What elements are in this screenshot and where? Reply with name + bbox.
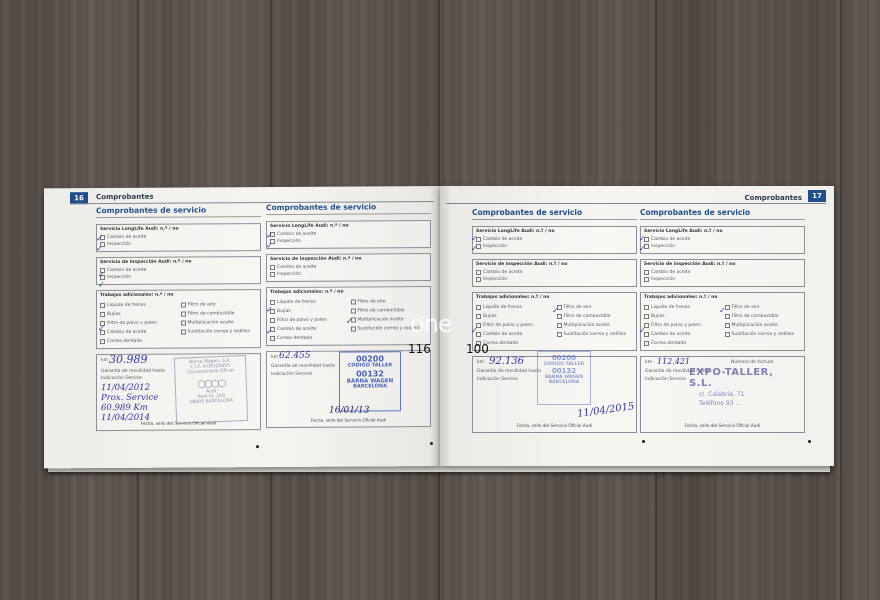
service-record-column: Comprobantes de servicio Servicio LongLi…	[472, 208, 637, 433]
checkmark-icon: ✓	[266, 241, 273, 250]
option-label: Correa dentada	[107, 339, 142, 344]
box-title: Servicio LongLife Audi: n.º / no	[644, 229, 801, 234]
longlife-box: Servicio LongLife Audi: n.º / no Cambio …	[640, 226, 805, 254]
option-row: Líquido de frenos	[476, 305, 553, 310]
checkmark-icon: ✓	[266, 231, 273, 240]
invoice-number-label: Número de factura	[731, 360, 773, 365]
stamp-line: BARCELONA	[340, 385, 400, 391]
option-label: Bujías	[107, 312, 121, 317]
option-row: Cambio de aceite	[270, 327, 347, 332]
page-number: 17	[808, 190, 826, 202]
option-row: Inspección	[270, 238, 427, 244]
checkbox[interactable]	[100, 339, 105, 344]
checkbox[interactable]	[557, 332, 562, 337]
option-label: Cambio de aceite	[651, 270, 690, 275]
checkbox[interactable]	[270, 272, 275, 277]
option-row: Cambio de aceite	[476, 270, 633, 275]
option-label: Filtro de combustible	[358, 308, 405, 313]
option-label: Filtro de aire	[732, 305, 760, 310]
stamp-line: c/. Calabria, 71	[699, 391, 799, 398]
service-indicator-label: Indicación Service	[477, 377, 518, 382]
option-label: Sustitución correa y rodillos	[732, 332, 794, 337]
option-label: Filtro de aire	[564, 305, 592, 310]
longlife-box: Servicio LongLife Audi: n.º / no Cambio …	[472, 226, 637, 254]
option-row: Bujías	[476, 314, 553, 319]
signature-box: km 30.989 Garantía de movilidad hasta In…	[96, 353, 261, 431]
checkmark-icon: ✓	[471, 244, 478, 253]
option-row: Líquido de frenos	[100, 303, 177, 308]
option-label: Filtro de aire	[358, 299, 386, 304]
handwritten-km: 112.421	[657, 357, 690, 366]
option-label: Inspección	[651, 277, 675, 282]
option-label: Filtro de polvo y polen	[483, 323, 533, 328]
stamp-line: 00132	[340, 369, 400, 379]
option-label: Cambio de aceite	[483, 332, 522, 337]
option-row: Multiplicación aceite	[557, 323, 634, 328]
option-row: Inspección	[100, 241, 257, 247]
box-title: Servicio LongLife Audi: n.º / no	[476, 229, 633, 234]
page-dot	[430, 442, 433, 445]
checkbox[interactable]	[351, 327, 356, 332]
option-row: Filtro de polvo y polen	[476, 323, 553, 328]
option-label: Líquido de frenos	[277, 300, 316, 305]
checkmark-icon: ✓	[471, 234, 478, 243]
option-row: Inspección	[100, 274, 257, 280]
handwritten-date: 11/04/2012	[101, 383, 150, 393]
checkmark-icon: ✓	[471, 326, 478, 335]
option-row: Correa dentada	[270, 336, 347, 341]
option-label: Multiplicación aceite	[564, 323, 610, 328]
stamp-line: 00200	[538, 354, 590, 362]
option-label: Bujías	[277, 309, 291, 314]
box-title: Trabajos adicionales: n.º / no	[100, 292, 257, 298]
option-label: Filtro de polvo y polen	[107, 321, 157, 326]
service-record-column: Comprobantes de servicio Servicio LongLi…	[96, 205, 261, 431]
checkbox[interactable]	[644, 341, 649, 346]
option-row: Filtro de aire	[181, 302, 258, 307]
option-label: Filtro de combustible	[188, 311, 235, 316]
option-row: Sustitución correa y rodillos	[557, 332, 634, 337]
box-title: Servicio de inspección Audi: n.º / no	[476, 262, 633, 267]
option-row: Filtro de polvo y polen	[644, 323, 721, 328]
additional-work-box: Trabajos adicionales: n.º / no Líquido d…	[472, 292, 637, 351]
option-row: Filtro de aire	[725, 305, 802, 310]
signature-footer: Fecha, sello del Servicio Oficial Audi	[641, 423, 804, 428]
option-label: Cambio de aceite	[483, 237, 522, 242]
option-label: Filtro de polvo y polen	[651, 323, 701, 328]
option-label: Cambio de aceite	[277, 327, 316, 332]
option-row: Cambio de aceite	[476, 332, 553, 337]
checkbox[interactable]	[351, 300, 356, 305]
left-page: 16 Comprobantes Comprobantes de servicio…	[44, 186, 440, 468]
column-title: Comprobantes de servicio	[472, 208, 637, 220]
additional-work-box: Trabajos adicionales: n.º / no Líquido d…	[640, 292, 805, 351]
option-row: Filtro de polvo y polen	[100, 321, 177, 326]
option-row: Sustitución correa y rodillos	[181, 329, 258, 334]
checkmark-icon: ✓	[98, 270, 105, 279]
option-label: Líquido de frenos	[107, 303, 146, 308]
option-label: Sustitución correa y rodillos	[188, 329, 250, 334]
checkbox[interactable]	[100, 303, 105, 308]
page-dot	[808, 440, 811, 443]
option-row: Cambio de aceite	[270, 231, 427, 237]
option-row: Inspección	[476, 244, 633, 249]
checkmark-icon: ✓	[266, 327, 273, 336]
right-page: 17 Comprobantes Comprobantes de servicio…	[440, 186, 834, 466]
inspection-box: Servicio de inspección Audi: n.º / no Ca…	[472, 259, 637, 287]
option-label: Filtro de polvo y polen	[277, 318, 327, 323]
additional-options: Líquido de frenos Filtro de aire Bujías …	[100, 300, 257, 346]
option-label: Cambio de aceite	[107, 268, 146, 273]
checkbox[interactable]	[644, 270, 649, 275]
option-label: Cambio de aceite	[277, 265, 316, 270]
inspection-box: Servicio de inspección Audi: n.º / no Ca…	[96, 256, 261, 285]
signature-box: km 62.455 Garantía de movilidad hasta In…	[266, 350, 431, 428]
checkbox[interactable]	[476, 305, 481, 310]
longlife-box: Servicio LongLife Audi: n.º / no Cambio …	[96, 223, 261, 252]
option-row: Líquido de frenos	[270, 300, 347, 305]
option-row: Filtro de combustible	[725, 314, 802, 319]
handwritten-km: 62.455	[279, 351, 311, 361]
box-title: Servicio LongLife Audi: n.º / no	[100, 226, 257, 232]
checkbox[interactable]	[476, 277, 481, 282]
column-title: Comprobantes de servicio	[96, 205, 261, 218]
option-row: Filtro de aire	[351, 299, 428, 304]
km-label: km	[101, 358, 108, 363]
checkmark-icon: ✓	[96, 234, 103, 243]
additional-work-box: Trabajos adicionales: n.º / no Líquido d…	[96, 289, 261, 349]
overlay-number-right: 100	[466, 342, 489, 356]
handwritten-km: 30.989	[109, 353, 148, 366]
column-title: Comprobantes de servicio	[640, 208, 805, 220]
floor-seam	[840, 0, 842, 600]
box-title: Servicio de inspección Audi: n.º / no	[100, 259, 257, 265]
checkbox[interactable]	[351, 309, 356, 314]
signature-box: km 112.421 Número de factura Garantía de…	[640, 356, 805, 433]
checkbox[interactable]	[476, 314, 481, 319]
signature-box: km 92.136 Garantía de movilidad hasta In…	[472, 356, 637, 433]
mobility-label: Garantía de movilidad hasta	[101, 369, 165, 374]
option-row: Filtro de polvo y polen	[270, 318, 347, 323]
checkmark-icon: ✓	[96, 244, 103, 253]
option-row: Multiplicación aceite	[725, 323, 802, 328]
workshop-stamp: EXPO-TALLER, S.L. c/. Calabria, 71 Teléf…	[689, 367, 799, 407]
column-title: Comprobantes de servicio	[266, 202, 431, 215]
option-row: Cambio de aceite	[644, 237, 801, 242]
checkbox[interactable]	[181, 330, 186, 335]
option-label: Filtro de combustible	[732, 314, 779, 319]
option-row: Sustitución correa y rodillos	[725, 332, 802, 337]
option-row: Bujías	[644, 314, 721, 319]
stamp-line: Teléfono 93 ...	[699, 400, 799, 407]
mobility-label: Garantía de movilidad hasta	[271, 364, 335, 369]
running-head: Comprobantes	[745, 194, 803, 202]
box-title: Servicio de inspección Audi: n.º / no	[644, 262, 801, 267]
signature-footer: Fecha, sello del Servicio Oficial Audi	[267, 417, 430, 423]
option-label: Líquido de frenos	[483, 305, 522, 310]
stamp-line: Concesionario Oficial	[175, 368, 245, 376]
box-title: Trabajos adicionales: n.º / no	[476, 295, 633, 300]
checkbox[interactable]	[725, 332, 730, 337]
option-label: Filtro de combustible	[564, 314, 611, 319]
option-row: Bujías	[270, 309, 347, 314]
signature-footer: Fecha, sello del Servicio Oficial Audi	[473, 423, 636, 428]
option-label: Cambio de aceite	[651, 237, 690, 242]
checkbox[interactable]	[100, 312, 105, 317]
checkbox[interactable]	[476, 270, 481, 275]
option-label: Cambio de aceite	[107, 330, 146, 335]
option-label: Multiplicación aceite	[188, 320, 234, 325]
option-row: Multiplicación aceite	[181, 320, 258, 325]
workshop-stamp: 00200 CODIGO TALLER 00132 BARNA WAGEN BA…	[537, 351, 591, 405]
running-head: Comprobantes	[96, 193, 154, 201]
checkbox[interactable]	[557, 323, 562, 328]
overlay-number-left: 116	[408, 342, 431, 356]
handwritten-next-km: 60.989 Km	[101, 403, 148, 413]
workshop-stamp: 00200 CODIGO TALLER 00132 BARNA WAGEN BA…	[339, 351, 401, 411]
handwritten-km: 92.136	[489, 356, 524, 367]
option-label: Correa dentada	[651, 341, 686, 346]
box-title: Trabajos adicionales: n.º / no	[644, 295, 801, 300]
option-label: Inspección	[651, 244, 675, 249]
service-indicator-label: Indicación Service	[271, 372, 312, 377]
option-row: Cambio de aceite	[270, 264, 427, 270]
checkmark-icon: ✓	[719, 306, 726, 315]
checkbox[interactable]	[181, 303, 186, 308]
option-label: Filtro de aire	[188, 302, 216, 307]
option-label: Bujías	[483, 314, 497, 319]
option-label: Inspección	[277, 272, 301, 277]
option-label: Correa dentada	[277, 336, 312, 341]
checkbox[interactable]	[270, 336, 275, 341]
option-label: Multiplicación aceite	[358, 317, 404, 322]
option-row: Líquido de frenos	[644, 305, 721, 310]
option-label: Cambio de aceite	[483, 270, 522, 275]
checkbox[interactable]	[644, 314, 649, 319]
checkbox[interactable]	[270, 318, 275, 323]
option-row: Cambio de aceite	[100, 330, 177, 335]
option-label: Inspección	[107, 275, 131, 280]
option-row: Cambio de aceite	[644, 332, 721, 337]
km-label: km	[645, 360, 652, 365]
option-row: Correa dentada	[100, 339, 177, 344]
option-row: Inspección	[270, 271, 427, 277]
checkbox[interactable]	[725, 323, 730, 328]
service-indicator-label: Indicación Service	[101, 376, 142, 381]
watermark-logo: one	[410, 310, 452, 338]
stamp-line: BARCELONA	[538, 380, 590, 385]
checkmark-icon: ✓	[266, 305, 273, 314]
page-dot	[642, 440, 645, 443]
option-row: Inspección	[476, 277, 633, 282]
option-row: Filtro de combustible	[181, 311, 258, 316]
option-label: Sustitución correa y rodillos	[564, 332, 626, 337]
option-label: Inspección	[277, 239, 301, 244]
box-title: Trabajos adicionales: n.º / no	[270, 289, 427, 295]
service-record-column: Comprobantes de servicio Servicio LongLi…	[640, 208, 805, 433]
option-label: Inspección	[483, 244, 507, 249]
option-row: Correa dentada	[644, 341, 721, 346]
box-title: Servicio de inspección Audi: n.º / no	[270, 256, 427, 262]
service-record-column: Comprobantes de servicio Servicio LongLi…	[266, 202, 431, 428]
checkbox[interactable]	[270, 265, 275, 270]
handwritten-next-service: Prox. Service	[101, 393, 158, 403]
header-rule	[446, 203, 826, 204]
service-indicator-label: Indicación Service	[645, 377, 686, 382]
inspection-box: Servicio de inspección Audi: n.º / no Ca…	[266, 253, 431, 282]
option-label: Inspección	[483, 277, 507, 282]
checkmark-icon: ✓	[98, 280, 105, 289]
km-label: km	[477, 360, 484, 365]
checkmark-icon: ✓	[552, 306, 559, 315]
option-label: Cambio de aceite	[277, 232, 316, 237]
dealer-stamp: Barna Wagen, S.A. C.I.F. A-08125855 Conc…	[174, 355, 248, 424]
checkmark-icon: ✓	[98, 324, 105, 333]
box-title: Servicio LongLife Audi: n.º / no	[270, 223, 427, 229]
checkbox[interactable]	[644, 277, 649, 282]
option-row: Inspección	[644, 277, 801, 282]
option-row: Cambio de aceite	[644, 270, 801, 275]
option-row: Inspección	[644, 244, 801, 249]
km-label: km	[271, 355, 278, 360]
option-row: Cambio de aceite	[100, 267, 257, 273]
page-dot	[256, 445, 259, 448]
option-label: Multiplicación aceite	[732, 323, 778, 328]
checkbox[interactable]	[181, 321, 186, 326]
checkbox[interactable]	[181, 312, 186, 317]
option-row: Filtro de aire	[557, 305, 634, 310]
checkmark-icon: ✓	[639, 244, 646, 253]
longlife-box: Servicio LongLife Audi: n.º / no Cambio …	[266, 220, 431, 249]
option-row: Cambio de aceite	[476, 237, 633, 242]
option-label: Líquido de frenos	[651, 305, 690, 310]
inspection-box: Servicio de inspección Audi: n.º / no Ca…	[640, 259, 805, 287]
option-label: Cambio de aceite	[107, 235, 146, 240]
checkmark-icon: ✓	[346, 317, 353, 326]
checkmark-icon: ✓	[639, 234, 646, 243]
checkbox[interactable]	[644, 305, 649, 310]
stamp-line: EXPO-TALLER, S.L.	[689, 367, 799, 389]
option-label: Inspección	[107, 242, 131, 247]
option-row: Bujías	[100, 312, 177, 317]
option-row: Filtro de combustible	[557, 314, 634, 319]
mobility-label: Garantía de movilidad hasta	[477, 369, 541, 374]
option-label: Cambio de aceite	[651, 332, 690, 337]
checkmark-icon: ✓	[639, 326, 646, 335]
handwritten-date: 16/01/13	[329, 405, 369, 415]
option-row: Cambio de aceite	[100, 234, 257, 240]
option-label: Bujías	[651, 314, 665, 319]
